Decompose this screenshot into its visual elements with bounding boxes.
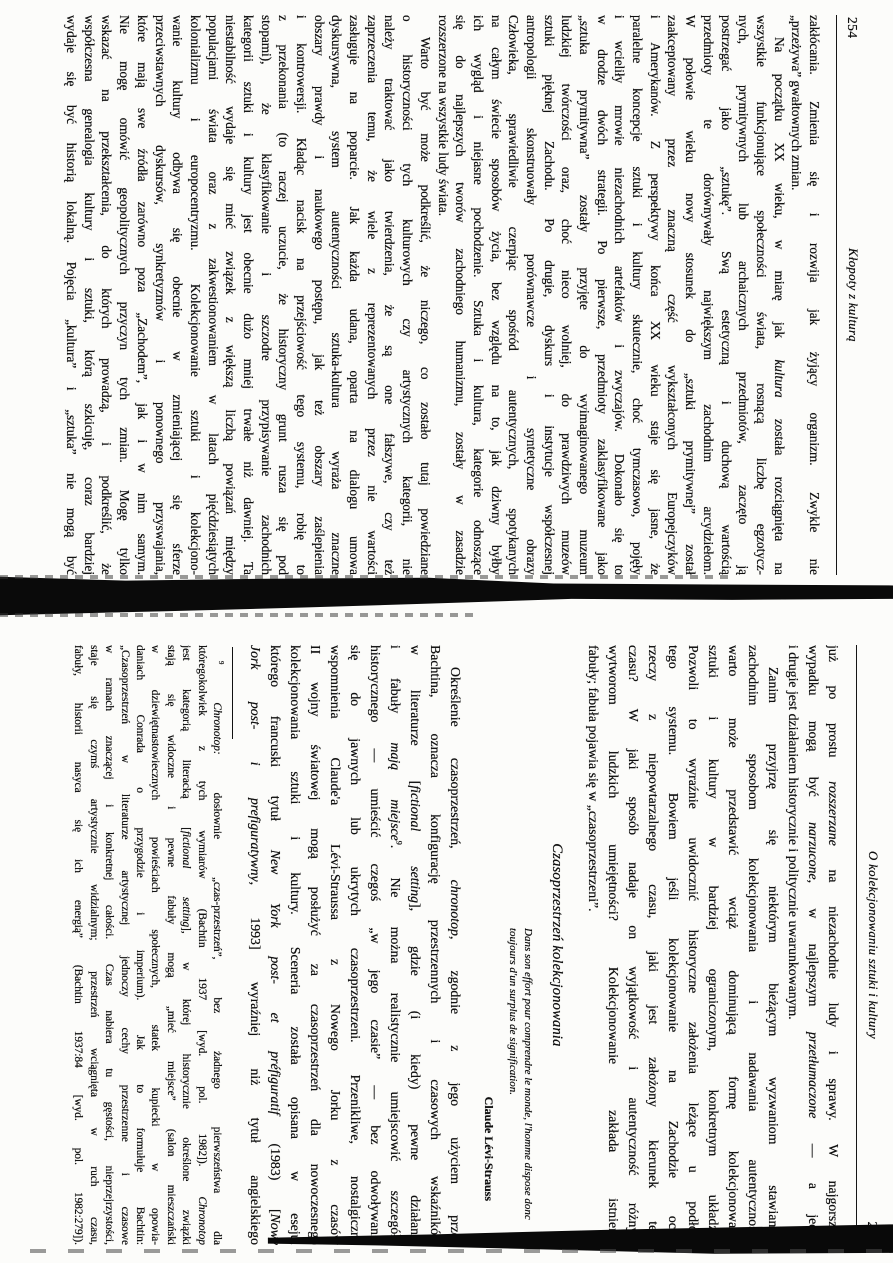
text-line: stopami), że klasyfikowanie i szczodre p… [257, 15, 275, 575]
text-line: Warto być może podkreślić, że niczego, c… [416, 15, 434, 575]
text-line: i drugie jest działaniem historycznie i … [783, 645, 803, 1245]
text-line: wanie kultury odbywa się obecnie w zmien… [169, 15, 187, 575]
text-line: się do jawnych lub ukrytych czasoprzestr… [345, 645, 365, 1245]
text-line: Na początku XX wieku, w miarę jak kultur… [770, 15, 788, 575]
text-line: toujours d'un surplus de signification. [505, 928, 520, 1242]
text-line: które mają swe źródła zarówno poza „Zach… [133, 15, 151, 575]
running-title: Kłopoty z kulturą [845, 15, 860, 575]
gutter-speckle-bottom [0, 613, 473, 617]
text-line: staje się czymś artystycznie widzialnym;… [85, 645, 100, 1245]
text-line: należy traktować jako twierdzenia, że są… [381, 15, 399, 575]
text-line: tego systemu. Bowiem jeśli kolekcjonowan… [663, 645, 683, 1245]
scan-edge-shadow [0, 1221, 893, 1263]
text-line: kolonializmu i europocentryzmu. Kolekcjo… [186, 15, 204, 575]
text-line: przeciwstawnych dyskursów, synkretyzmów … [151, 15, 169, 575]
text-line: 9 Chronotop: dosłownie „czas-przestrzeń”… [209, 645, 224, 1245]
footnote-rule [232, 647, 233, 739]
text-line: Zanim przyjrzę się niektórym bieżącym wy… [763, 645, 783, 1245]
page-255-header: O kolekcjonowaniu sztuki i kultury 255 [860, 645, 880, 1245]
text-line: kolekcjonowania sztuki i kultury. Scener… [285, 645, 305, 1245]
text-line: zaakceptowany przez znaczną część wykszt… [664, 15, 682, 575]
text-line: „Czasoprzestrzeń w literaturze artystycz… [116, 645, 131, 1245]
text-line: w dziewiętnastowiecznych powieściach spo… [147, 645, 162, 1245]
page-255: O kolekcjonowaniu sztuki i kultury 255 j… [30, 645, 880, 1245]
section-heading: Czasoprzestrzeń kolekcjonowania [548, 645, 565, 1245]
text-line: W połowie wieku nowy stosunek do „sztuki… [682, 15, 700, 575]
text-line: sztuki i kultury w bardziej ograniczonym… [703, 645, 723, 1245]
text-line: któregokolwiek z tych wymiarów (Bachtin … [193, 645, 208, 1245]
text-line: antropologii skonstruowały porównawcze i… [522, 15, 540, 575]
text-line: obszary prawdy i naukowego postępu, jak … [310, 15, 328, 575]
text-line: w drodze dwóch strategii. Po pierwsze, p… [593, 15, 611, 575]
text-line: już po prostu rozszerzane na niezachodni… [823, 645, 843, 1245]
text-line: jest kategorią literacką [fictional sett… [178, 645, 193, 1245]
text-line: ludzkiej twórczości oraz, choć nieco wol… [558, 15, 576, 575]
text-line: z przekonania (to raczej uczucie, że his… [275, 15, 293, 575]
text-line: którego francuski tytuł New York post- e… [265, 645, 285, 1245]
text-line: wypadku mogą być narzucone, w najlepszym… [803, 645, 823, 1245]
text-line: historycznego — umieścić czegoś „w jego … [365, 645, 385, 1245]
text-line: wszystkie funkcjonujące społeczności świ… [752, 15, 770, 575]
text-line: w ramach znaczącej i konkretnej całości.… [101, 645, 116, 1245]
text-line: wydaje się być historią lokalną. Pojęcia… [62, 15, 80, 575]
text-line: i wcieliły mrowie niezachodnich artefakt… [611, 15, 629, 575]
header-rule [856, 645, 857, 1245]
text-line: sztuki pięknej Zachodu. Po drugie, dysku… [540, 15, 558, 575]
text-line: i fabuły mają miejsce9. Nie można realis… [385, 645, 405, 1245]
text-line: warto może przedstawić wciąż dominującą … [723, 645, 743, 1245]
page-254-header: 254 Kłopoty z kulturą [840, 15, 860, 575]
text-line: o historyczności tych kulturowych czy ar… [399, 15, 417, 575]
text-line: Dans son effort pour comprendre le monde… [520, 928, 535, 1242]
text-line: postrzegać jako „sztukę”. Swą estetyczną… [717, 15, 735, 575]
text-line: „sztuka prymitywna” zostały przyjęte do … [575, 15, 593, 575]
scan-edge-speckle [30, 1249, 889, 1253]
text-line: przedmioty te dorównywały największym za… [699, 15, 717, 575]
text-line: Pozwoli to wyraźnie uwidocznić historycz… [683, 645, 703, 1245]
text-line: Nie mogę omówić geopolitycznych przyczyn… [116, 15, 134, 575]
text-line: niestabilność wydaje się mieć związek z … [222, 15, 240, 575]
page-254-text-column: zakłócania. Zmienia się i rozwija jak ży… [62, 15, 823, 575]
text-line: populacjami świata oraz z zakwestionowan… [204, 15, 222, 575]
text-line: w literaturze [fictional setting], gdzie… [405, 645, 425, 1245]
text-line: czasu? W jaki sposób nadaje on wyjątkowo… [623, 645, 643, 1245]
text-line: Określenie czasoprzestrzeń, chronotop, z… [445, 645, 465, 1245]
page-254: 254 Kłopoty z kulturą zakłócania. Zmieni… [55, 15, 860, 575]
text-line: rzeczy z niepowtarzalnego czasu, jaki je… [643, 645, 663, 1245]
text-line: fabuły; fabuła pojawia się w „czasoprzes… [583, 645, 603, 1245]
text-line: zasługuje na poparcie. Jak każda udana, … [345, 15, 363, 575]
text-line: i Amerykanów. Z perspektywy końca XX wie… [646, 15, 664, 575]
page-number: 254 [844, 17, 860, 38]
text-line: Bachtina, oznacza konfigurację przestrze… [425, 645, 445, 1245]
page-255-paragraph: już po prostu rozszerzane na niezachodni… [583, 645, 843, 1245]
text-line: stają się widoczne i pewne fabuły mogą „… [162, 645, 177, 1245]
text-line: rozszerzone na wszystkie ludy świata. [434, 15, 452, 575]
text-line: współczesna genealogia kultury i sztuki,… [80, 15, 98, 575]
text-line: dyskursywna, system autentyczności sztuk… [328, 15, 346, 575]
header-rule [836, 15, 837, 575]
gutter-shadow [0, 572, 893, 620]
text-line: II wojny światowej mogą posłużyć za czas… [305, 645, 325, 1245]
text-line: się do najlepszych tworów zachodniego hu… [452, 15, 470, 575]
text-line: „przeżywa” gwałtownych zmian. [788, 15, 806, 575]
text-line: Człowieka, sprawiedliwie czerpiąc spośró… [505, 15, 523, 575]
text-line: paralelne koncepcje sztuki i kultury sku… [628, 15, 646, 575]
page-255-body: Określenie czasoprzestrzeń, chronotop, z… [245, 645, 465, 1245]
text-line: zachodnim sposobom kolekcjonowania i nad… [743, 645, 763, 1245]
footnote: 9 Chronotop: dosłownie „czas-przestrzeń”… [70, 645, 224, 1245]
text-line: wskazać na przekształcenia, do których p… [98, 15, 116, 575]
text-line: ich wygląd i niejasne pochodzenie. Sztuk… [469, 15, 487, 575]
scan-edge-band [0, 1221, 893, 1263]
text-line: Jork post- i prefiguratywny, 1993] wyraź… [245, 645, 265, 1245]
text-line: nych, prymitywnych lub archaicznych prze… [735, 15, 753, 575]
text-line: wspomnienia Claude'a Lévi-Straussa z Now… [325, 645, 345, 1245]
text-line: zaprzeczenia temu, że wiele z reprezento… [363, 15, 381, 575]
text-line: daniach Conrada o przygodzie i imperium)… [132, 645, 147, 1245]
gutter-speckle-top [0, 575, 733, 579]
text-line: wytworom ludzkich umiejętności? Kolekcjo… [603, 645, 623, 1245]
running-title: O kolekcjonowaniu sztuki i kultury [865, 645, 880, 1245]
text-line: i kontrowersji. Kładąc nacisk na przejśc… [292, 15, 310, 575]
text-line: fabuły, historii nasyca się ich energią”… [70, 645, 85, 1245]
text-line: kategorii sztuki i kultury jest obecnie … [239, 15, 257, 575]
text-line: na całym świecie sposobów życia, bez wzg… [487, 15, 505, 575]
epigraph: Dans son effort pour comprendre le monde… [505, 928, 535, 1242]
text-line: zakłócania. Zmienia się i rozwija jak ży… [805, 15, 823, 575]
scanned-book-spread: 254 Kłopoty z kulturą zakłócania. Zmieni… [0, 0, 893, 1263]
epigraph-attribution: Claude Lévi-Strauss [481, 645, 496, 1201]
